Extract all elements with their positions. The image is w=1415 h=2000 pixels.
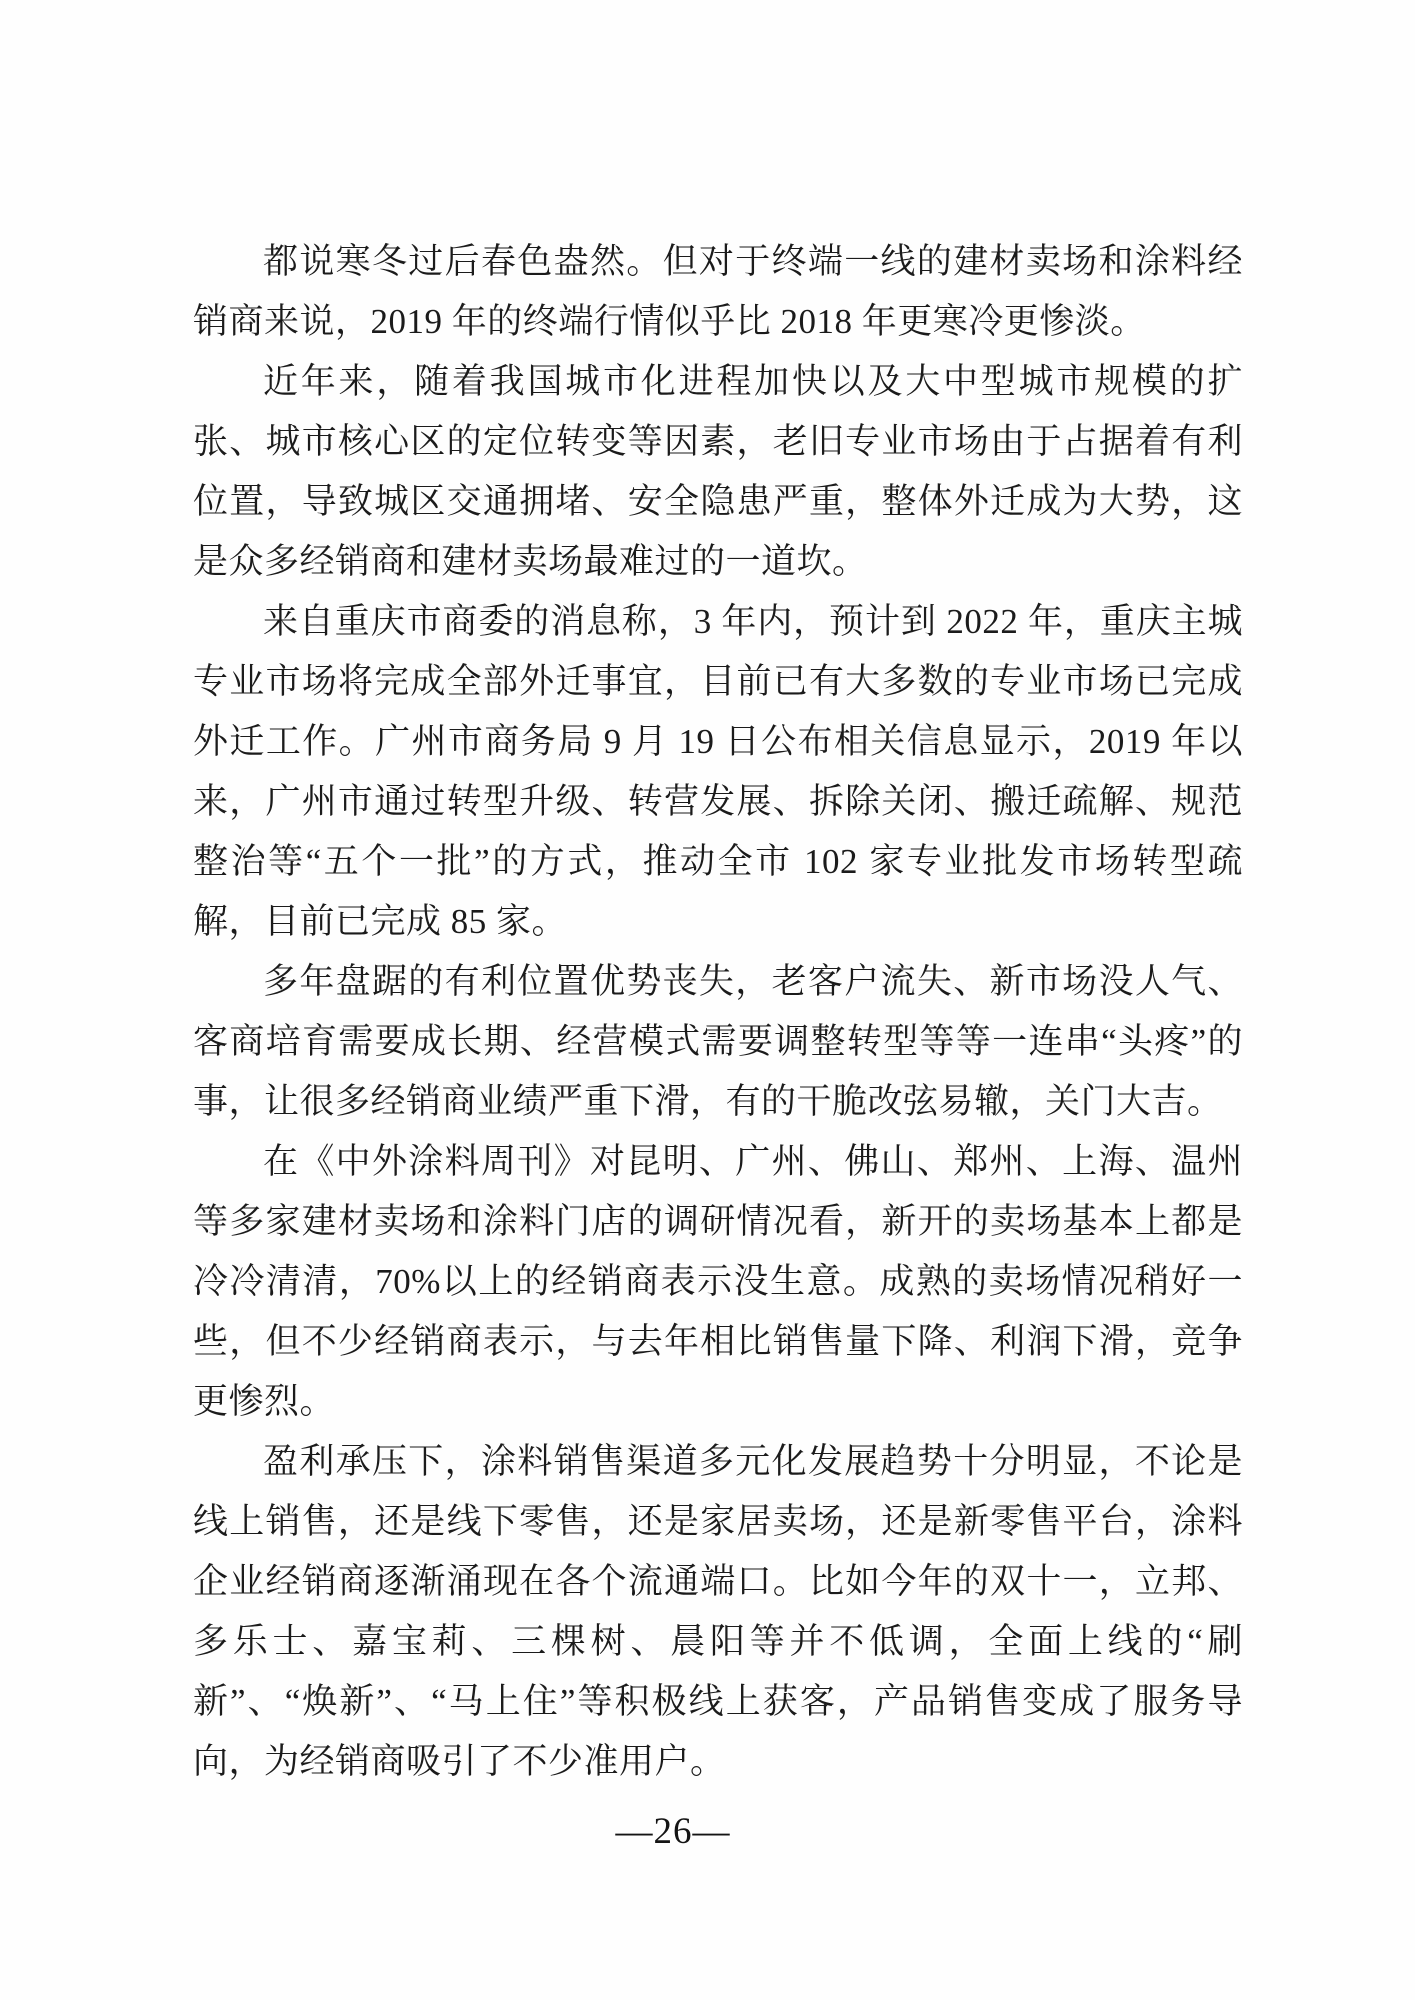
document-page: 都说寒冬过后春色盎然。但对于终端一线的建材卖场和涂料经销商来说，2019 年的终… xyxy=(0,0,1415,2000)
paragraph-3: 来自重庆市商委的消息称，3 年内，预计到 2022 年，重庆主城专业市场将完成全… xyxy=(193,592,1243,952)
paragraph-6: 盈利承压下，涂料销售渠道多元化发展趋势十分明显，不论是线上销售，还是线下零售，还… xyxy=(193,1432,1243,1792)
paragraph-1: 都说寒冬过后春色盎然。但对于终端一线的建材卖场和涂料经销商来说，2019 年的终… xyxy=(193,232,1243,352)
paragraph-5: 在《中外涂料周刊》对昆明、广州、佛山、郑州、上海、温州等多家建材卖场和涂料门店的… xyxy=(193,1132,1243,1432)
body-text: 都说寒冬过后春色盎然。但对于终端一线的建材卖场和涂料经销商来说，2019 年的终… xyxy=(193,232,1243,1792)
paragraph-4: 多年盘踞的有利位置优势丧失，老客户流失、新市场没人气、客商培育需要成长期、经营模… xyxy=(193,952,1243,1132)
page-number: —26— xyxy=(0,1802,1346,1862)
paragraph-2: 近年来，随着我国城市化进程加快以及大中型城市规模的扩张、城市核心区的定位转变等因… xyxy=(193,352,1243,592)
